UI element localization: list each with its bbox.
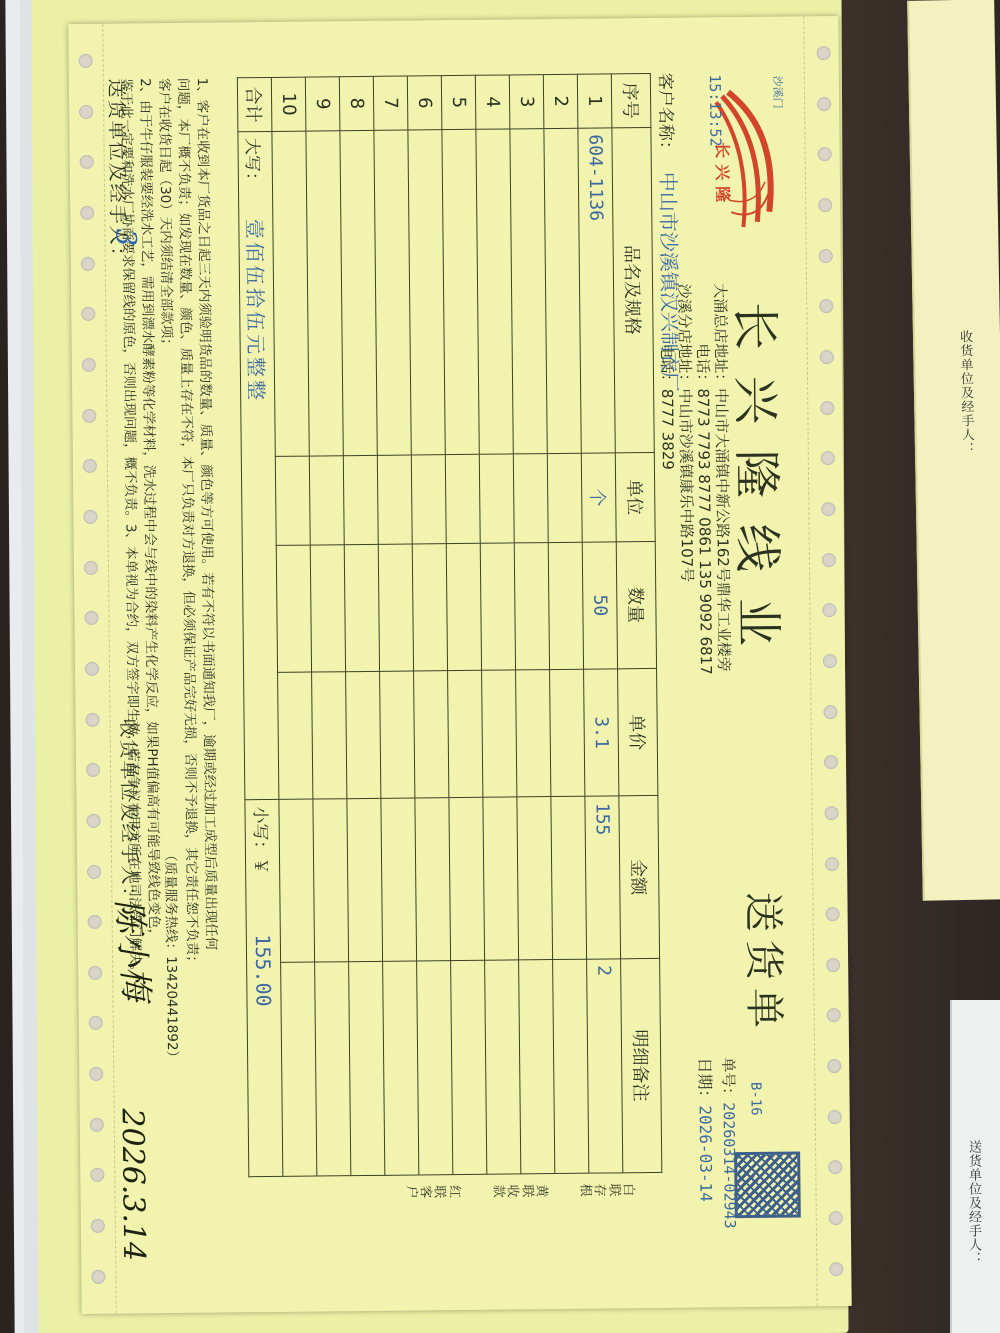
total-in-words: 大写：壹佰伍拾伍元整整 bbox=[238, 131, 279, 800]
sender-signature: 3 bbox=[109, 228, 142, 246]
copy-label-white: 白联存根 bbox=[577, 1183, 634, 1198]
col-header-amount: 金额 bbox=[619, 796, 660, 959]
serial-code: B-16 bbox=[747, 1082, 763, 1116]
customer-name: 中山市沙溪镇汉兴制衣厂 bbox=[656, 172, 682, 392]
receiver-sign-date: 2026.3.14 bbox=[115, 1108, 152, 1261]
adjacent-sheet-label: 收货单位及经手人： bbox=[955, 330, 976, 456]
tractor-holes bbox=[815, 46, 844, 1276]
quality-hotline: （质量服务热线：13420441892） bbox=[162, 848, 184, 1064]
company-logo: 沙溪门 长兴隆 15:13:52 bbox=[696, 72, 788, 248]
copy-labels: 白联存根 黄联收款 红联客户 bbox=[373, 1183, 635, 1200]
col-header-name: 品名及规格 bbox=[612, 127, 654, 452]
company-name: 长兴隆线业 bbox=[724, 301, 797, 672]
col-header-unit: 单位 bbox=[615, 452, 655, 542]
order-date: 日期：2026-03-14 bbox=[694, 1057, 719, 1202]
total-in-figures: 小写：￥155.00 bbox=[245, 800, 283, 1177]
total-label: 合计 bbox=[237, 77, 272, 131]
adjacent-sheet-bottom: 送货单位及经手人： bbox=[950, 1000, 1000, 1333]
col-header-no: 序号 bbox=[611, 73, 651, 127]
print-time: 15:13:52 bbox=[706, 74, 725, 146]
col-header-note: 明细备注 bbox=[621, 958, 662, 1173]
document-type-title: 送货单 bbox=[737, 892, 796, 1037]
tractor-holes bbox=[77, 54, 106, 1284]
customer-field: 客户名称：中山市沙溪镇汉兴制衣厂 bbox=[654, 73, 686, 392]
copy-label-yellow: 黄联收款 bbox=[490, 1184, 547, 1199]
items-table: 序号 品名及规格 单位 数量 单价 金额 明细备注 1 604-1136 个 5 bbox=[237, 73, 662, 1177]
logo-brand-text: 长兴隆 bbox=[712, 142, 736, 208]
copy-label-red: 红联客户 bbox=[403, 1185, 460, 1200]
col-header-price: 单价 bbox=[618, 668, 658, 796]
receiver-signature: 陈小梅 bbox=[107, 897, 164, 1003]
delivery-note: 沙溪门 长兴隆 15:13:52 长兴隆线业 送货单 大涌总店地址：中山市大涌镇… bbox=[68, 16, 851, 1314]
customer-label: 客户名称： bbox=[655, 73, 676, 158]
receiver-signature-label: 收货单位及经手人： bbox=[116, 718, 145, 907]
adjacent-sheet-label: 送货单位及经手人： bbox=[964, 1140, 983, 1266]
qr-code-icon bbox=[734, 1151, 801, 1218]
adjacent-sheet-top: 收货单位及经手人： bbox=[907, 0, 1000, 901]
col-header-qty: 数量 bbox=[616, 541, 656, 668]
order-number: 单号：20260314-02943 bbox=[718, 1057, 741, 1229]
delivery-note-photo: 沙溪门 长兴隆 15:13:52 长兴隆线业 送货单 大涌总店地址：中山市大涌镇… bbox=[45, 0, 875, 1333]
